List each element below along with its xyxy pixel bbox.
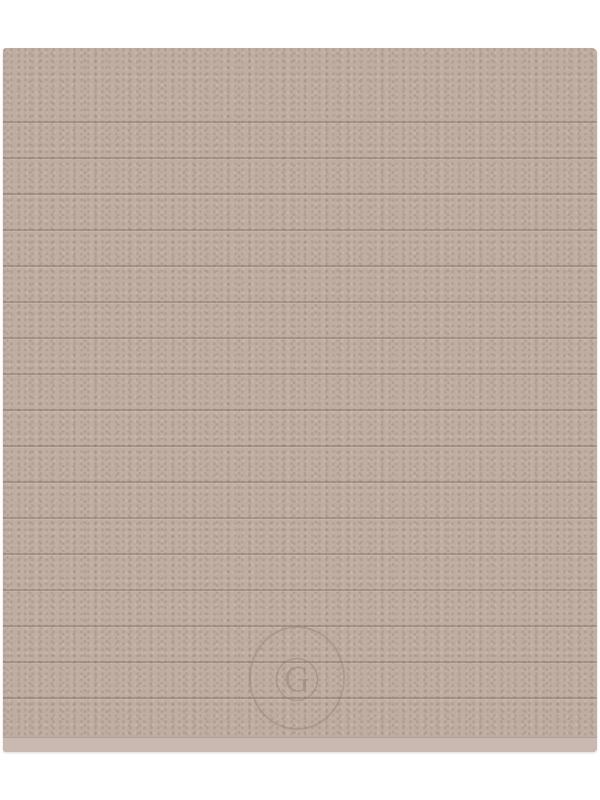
logo-glyph: Ⓖ: [274, 645, 320, 711]
towel: Ⓖ: [3, 48, 597, 752]
embossed-logo-icon: Ⓖ: [249, 626, 345, 730]
towel-hem: [3, 737, 597, 752]
